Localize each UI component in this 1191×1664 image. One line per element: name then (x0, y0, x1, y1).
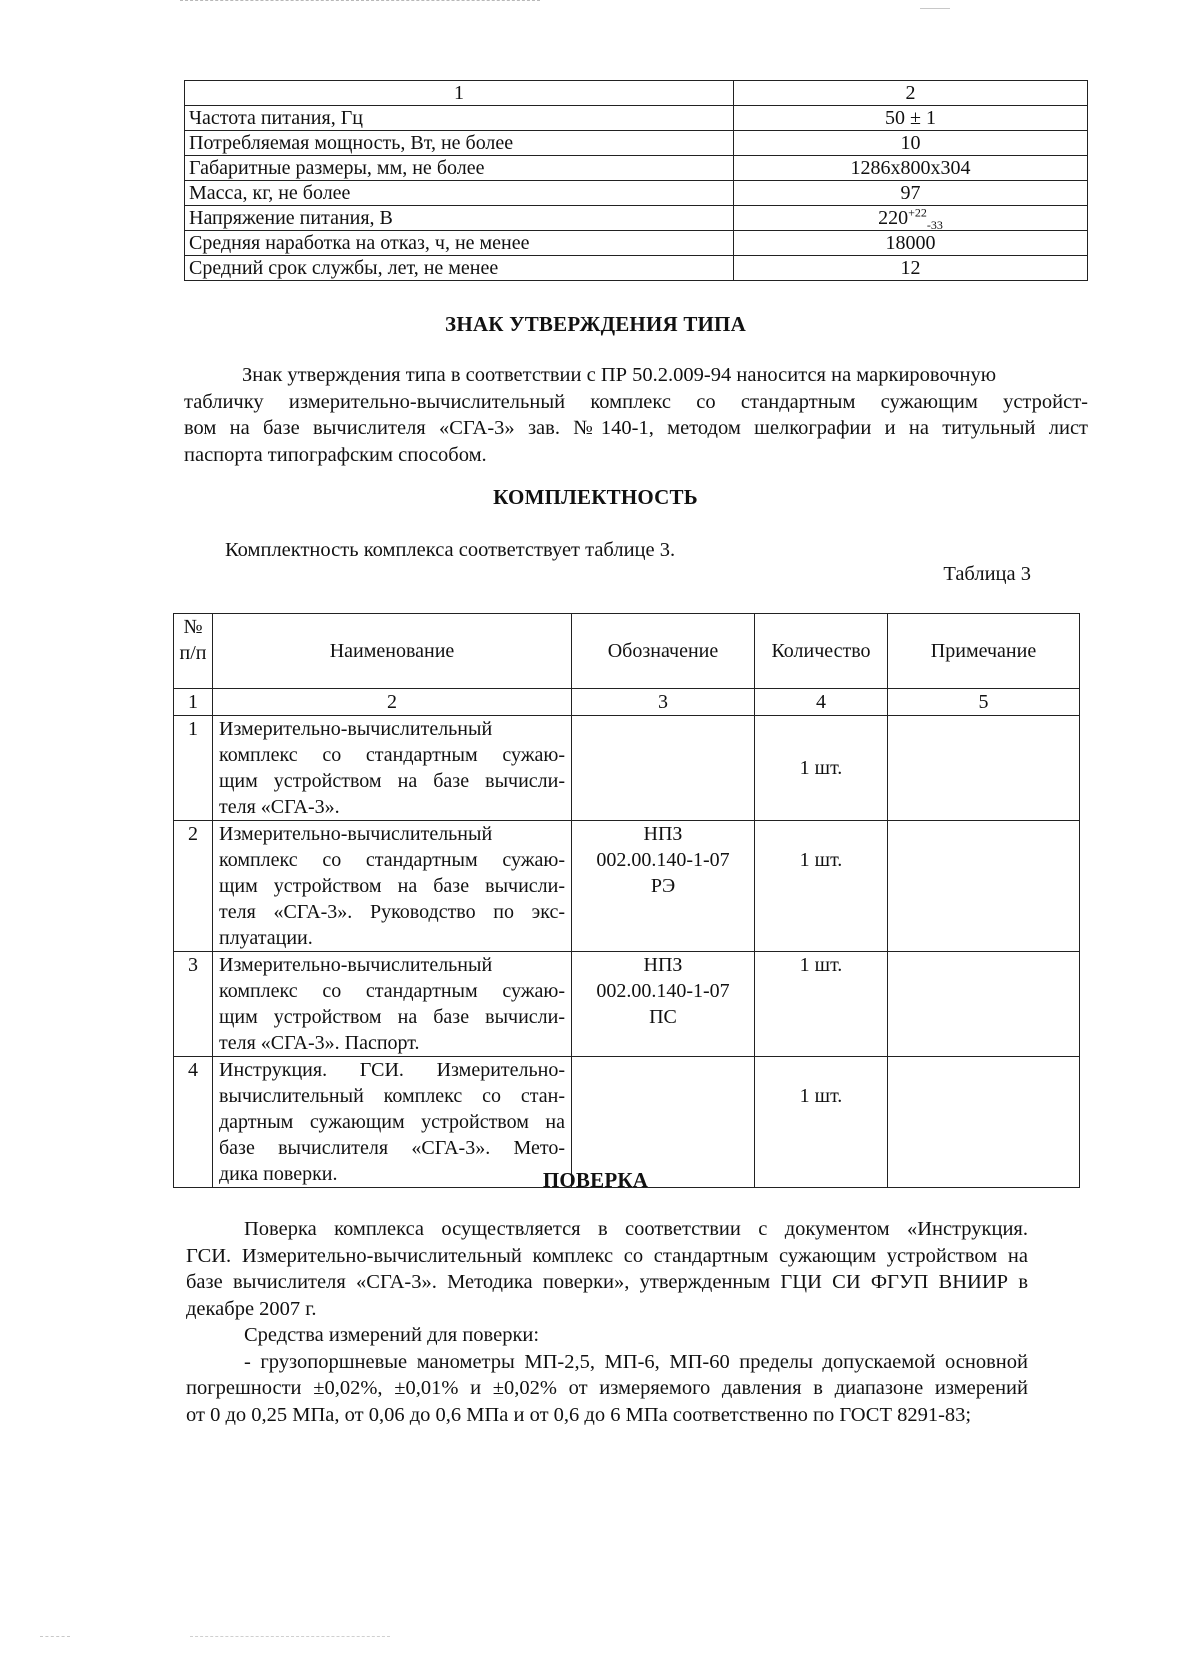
col-num: 1 (174, 689, 213, 716)
paragraph-line: паспорта типографским способом. (184, 442, 1088, 469)
param-value: 1286х800х304 (734, 156, 1088, 181)
header-col-2: 2 (734, 81, 1088, 106)
paragraph-line: погрешности ±0,02%, ±0,01% и ±0,02% от и… (186, 1375, 1028, 1402)
scan-artifact-top (180, 0, 540, 7)
paragraph-line: табличку измерительно-вычислительный ком… (184, 389, 1088, 416)
header-note: Примечание (888, 614, 1080, 689)
paragraph-line: - грузопоршневые манометры МП-2,5, МП-6,… (186, 1349, 1028, 1376)
paragraph-line: Поверка комплекса осуществляется в соотв… (186, 1216, 1028, 1243)
item-name: Измерительно-вычислительный комплекс со … (213, 821, 572, 952)
param-label: Средний срок службы, лет, не менее (185, 256, 734, 281)
paragraph-line: базе вычислителя «СГА-3». Методика повер… (186, 1269, 1028, 1296)
item-quantity: 1 шт. (755, 952, 888, 1057)
column-number-row: 1 2 3 4 5 (174, 689, 1080, 716)
table-row: Потребляемая мощность, Вт, не более 10 (185, 131, 1088, 156)
param-label: Потребляемая мощность, Вт, не более (185, 131, 734, 156)
item-name: Измерительно-вычислительный комплекс со … (213, 952, 572, 1057)
section-title-kit: КОМПЛЕКТНОСТЬ (0, 485, 1191, 510)
verification-paragraph: Поверка комплекса осуществляется в соотв… (186, 1216, 1028, 1428)
item-designation (572, 716, 755, 821)
param-label: Масса, кг, не более (185, 181, 734, 206)
col-num: 2 (213, 689, 572, 716)
table-row: Средняя наработка на отказ, ч, не менее … (185, 231, 1088, 256)
table-row: 2 Измерительно-вычислительный комплекс с… (174, 821, 1080, 952)
param-label: Частота питания, Гц (185, 106, 734, 131)
header-quantity: Количество (755, 614, 888, 689)
voltage-lower-tolerance: -33 (927, 218, 943, 232)
voltage-upper-tolerance: +22 (908, 205, 927, 219)
header-designation: Обозначение (572, 614, 755, 689)
param-value: 50 ± 1 (734, 106, 1088, 131)
section-title-type-approval: ЗНАК УТВЕРЖДЕНИЯ ТИПА (0, 312, 1191, 337)
scan-artifact-top-right (920, 8, 950, 10)
kit-table: № п/п Наименование Обозначение Количеств… (173, 613, 1080, 1188)
item-quantity: 1 шт. (755, 716, 888, 821)
table-row: Частота питания, Гц 50 ± 1 (185, 106, 1088, 131)
param-label: Габаритные размеры, мм, не более (185, 156, 734, 181)
kit-table-header: № п/п Наименование Обозначение Количеств… (174, 614, 1080, 689)
param-value: 18000 (734, 231, 1088, 256)
param-value: 97 (734, 181, 1088, 206)
item-note (888, 952, 1080, 1057)
param-value-voltage: 220+22-33 (734, 206, 1088, 231)
col-num: 5 (888, 689, 1080, 716)
table-label: Таблица 3 (943, 561, 1031, 587)
kit-intro-text: Комплектность комплекса соответствует та… (225, 537, 675, 563)
param-value: 12 (734, 256, 1088, 281)
table-row: Средний срок службы, лет, не менее 12 (185, 256, 1088, 281)
section-title-verification: ПОВЕРКА (0, 1168, 1191, 1193)
type-approval-paragraph: Знак утверждения типа в соответствии с П… (184, 362, 1088, 468)
param-label: Средняя наработка на отказ, ч, не менее (185, 231, 734, 256)
paragraph-line: ГСИ. Измерительно-вычислительный комплек… (186, 1243, 1028, 1270)
table-row: Напряжение питания, В 220+22-33 (185, 206, 1088, 231)
table-row: 3 Измерительно-вычислительный комплекс с… (174, 952, 1080, 1057)
table-row: Габаритные размеры, мм, не более 1286х80… (185, 156, 1088, 181)
row-number: 2 (174, 821, 213, 952)
param-value: 10 (734, 131, 1088, 156)
item-note (888, 821, 1080, 952)
row-number: 3 (174, 952, 213, 1057)
col-num: 4 (755, 689, 888, 716)
paragraph-line: Знак утверждения типа в соответствии с П… (184, 362, 1088, 389)
item-note (888, 716, 1080, 821)
col-num: 3 (572, 689, 755, 716)
paragraph-line: от 0 до 0,25 МПа, от 0,06 до 0,6 МПа и о… (186, 1402, 1028, 1429)
row-number: 1 (174, 716, 213, 821)
scan-artifact-bottom-center (190, 1636, 390, 1637)
header-name: Наименование (213, 614, 572, 689)
item-designation: НПЗ 002.00.140-1-07 РЭ (572, 821, 755, 952)
item-quantity: 1 шт. (755, 821, 888, 952)
table-header-row: 1 2 (185, 81, 1088, 106)
scan-artifact-bottom (40, 1636, 70, 1637)
header-number: № п/п (174, 614, 213, 689)
param-label: Напряжение питания, В (185, 206, 734, 231)
paragraph-line: декабре 2007 г. (186, 1296, 1028, 1323)
item-designation: НПЗ 002.00.140-1-07 ПС (572, 952, 755, 1057)
voltage-base: 220 (878, 207, 908, 229)
paragraph-line: вом на базе вычислителя «СГА-3» зав. №14… (184, 415, 1088, 442)
table-row: 1 Измерительно-вычислительный комплекс с… (174, 716, 1080, 821)
specifications-table: 1 2 Частота питания, Гц 50 ± 1 Потребляе… (184, 80, 1088, 281)
paragraph-line: Средства измерений для поверки: (186, 1322, 1028, 1349)
header-col-1: 1 (185, 81, 734, 106)
table-row: Масса, кг, не более 97 (185, 181, 1088, 206)
item-name: Измерительно-вычислительный комплекс со … (213, 716, 572, 821)
